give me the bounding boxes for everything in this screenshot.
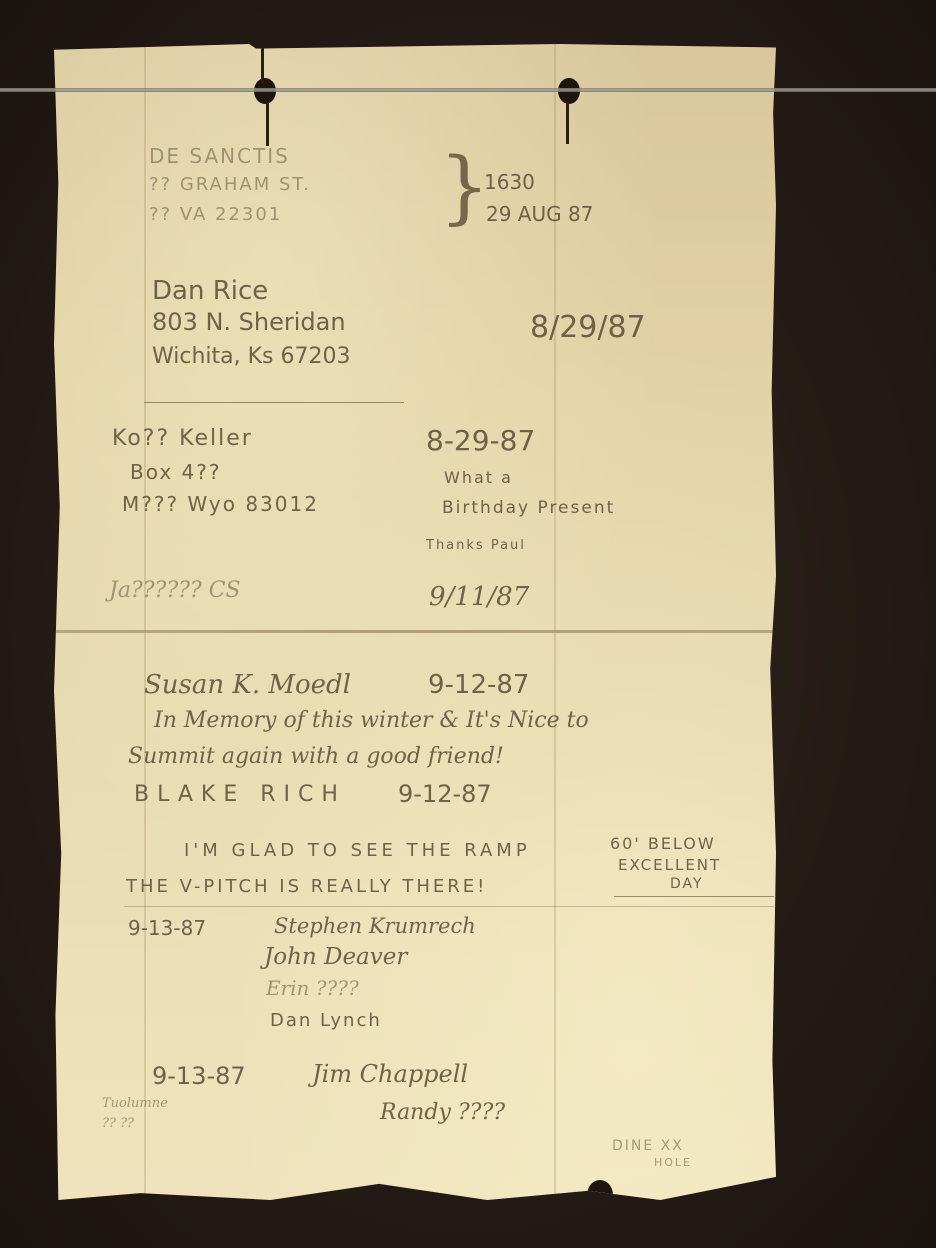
entry-side-note: 60' BELOW	[610, 834, 716, 853]
hanging-wire	[0, 88, 936, 92]
entry-date: 8/29/87	[530, 310, 646, 345]
entry-name: Ja?????? CS	[109, 578, 241, 603]
entry-address: 803 N. Sheridan	[152, 308, 346, 336]
entry-name: Ko?? Keller	[112, 426, 253, 451]
paper-tear	[261, 44, 264, 84]
entry-time: 1630	[484, 170, 535, 194]
separator-line	[124, 906, 774, 907]
entry-date: 9/11/87	[429, 582, 529, 612]
entry-bottom-note: HOLE	[654, 1156, 692, 1169]
separator-line	[614, 896, 774, 897]
entry-name: John Deaver	[264, 944, 407, 970]
entry-side-note: EXCELLENT	[618, 856, 721, 874]
entry-note: Thanks Paul	[426, 538, 526, 553]
entry-name: DE SANCTIS	[149, 144, 290, 168]
fold-crease	[54, 630, 776, 633]
paper-tear	[266, 102, 269, 146]
entry-note: Summit again with a good friend!	[128, 744, 504, 769]
entry-name: Jim Chappell	[312, 1060, 468, 1088]
entry-date: 8-29-87	[426, 424, 535, 457]
register-page: DE SANCTIS ?? GRAHAM ST. ?? VA 22301 } 1…	[54, 44, 776, 1200]
entry-address: ?? GRAHAM ST.	[149, 174, 311, 195]
entry-name: Susan K. Moedl	[144, 670, 351, 700]
entry-name: Dan Rice	[152, 276, 268, 306]
paper-tear	[566, 102, 569, 144]
entry-note: Birthday Present	[442, 498, 615, 518]
entry-address: Box 4??	[130, 460, 222, 484]
entry-date: 9-12-87	[398, 780, 492, 808]
entry-date: 29 AUG 87	[486, 202, 593, 226]
entry-bottom-note: DINE XX	[612, 1138, 684, 1154]
entry-note: What a	[444, 468, 513, 487]
entry-name: Erin ????	[266, 976, 359, 1000]
entry-name: Stephen Krumrech	[274, 914, 476, 938]
entry-city: M??? Wyo 83012	[122, 492, 319, 516]
entry-side-note: DAY	[670, 876, 704, 892]
entry-date: 9-13-87	[152, 1062, 246, 1090]
separator-line	[144, 402, 404, 403]
entry-date: 9-13-87	[128, 916, 206, 940]
brace-mark: }	[439, 140, 490, 233]
entry-city: Wichita, Ks 67203	[152, 344, 351, 369]
entry-city: ?? VA 22301	[149, 204, 282, 225]
entry-note: I'M GLAD TO SEE THE RAMP	[184, 840, 531, 861]
entry-name: Dan Lynch	[270, 1010, 382, 1031]
entry-name: Randy ????	[380, 1100, 505, 1125]
entry-left-note: Tuolumne	[102, 1096, 168, 1111]
entry-note: In Memory of this winter & It's Nice to	[154, 708, 589, 733]
fold-crease	[144, 44, 146, 1200]
entry-left-note: ?? ??	[102, 1116, 134, 1131]
entry-date: 9-12-87	[428, 670, 529, 700]
entry-note: THE V-PITCH IS REALLY THERE!	[126, 876, 487, 897]
entry-name: BLAKE RICH	[134, 782, 346, 807]
